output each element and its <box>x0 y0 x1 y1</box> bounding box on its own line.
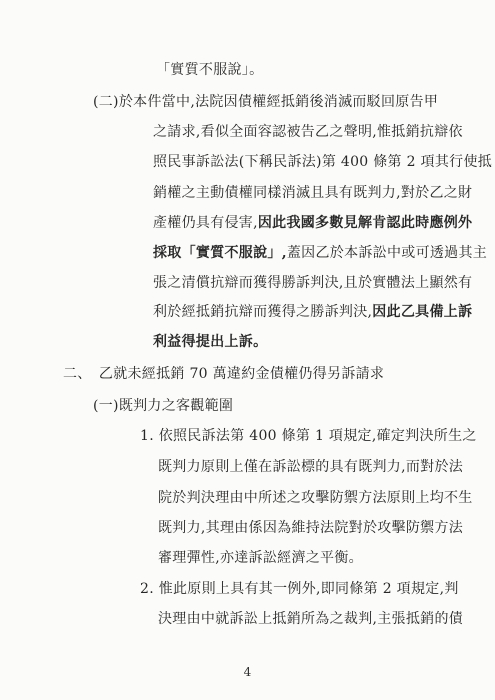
document-line: 二、 乙就未經抵銷 70 萬違約金債權仍得另訴請求 <box>63 359 384 389</box>
document-page: 「實質不服說」。(二)於本件當中,法院因債權經抵銷後消滅而駁回原告甲之請求,看似… <box>0 0 495 700</box>
document-line: 既判力,其理由係因為維持法院對於攻擊防禦方法 <box>158 513 463 543</box>
document-line: 銷權之主動債權同樣消滅且具有既判力,對於乙之財 <box>153 178 472 208</box>
bold-text-run: 因此乙具備上訴 <box>372 304 472 320</box>
document-line: (一)既判力之客觀範圍 <box>93 391 233 421</box>
text-run: 之請求,看似全面容認被告乙之聲明,惟抵銷抗辯依 <box>153 124 463 140</box>
text-run: 二、 乙就未經抵銷 70 萬違約金債權仍得另訴請求 <box>63 366 384 382</box>
document-line: 利益得提出上訴。 <box>153 327 267 357</box>
document-line: 之請求,看似全面容認被告乙之聲明,惟抵銷抗辯依 <box>153 117 463 147</box>
text-run: 院於判決理由中所述之攻擊防禦方法原則上均不生 <box>158 490 473 506</box>
text-run: 張之清償抗辯而獲得勝訴判決,且於實體法上顯然有 <box>153 275 472 291</box>
document-line: 「實質不服說」。 <box>156 55 263 85</box>
bold-text-run: 採取「實質不服說」, <box>153 245 287 261</box>
text-run: 照民事訴訟法(下稱民訴法)第 400 條第 2 項其行使抵 <box>153 154 492 170</box>
text-run: 利於經抵銷抗辯而獲得之勝訴判決, <box>153 304 372 320</box>
document-line: 利於經抵銷抗辯而獲得之勝訴判決,因此乙具備上訴 <box>153 297 472 327</box>
text-run: 審理彈性,亦達訴訟經濟之平衡。 <box>158 550 363 566</box>
document-line: 2. 惟此原則上具有其一例外,即同條第 2 項規定,判 <box>140 574 459 604</box>
text-run: (二)於本件當中,法院因債權經抵銷後消滅而駁回原告甲 <box>93 94 438 110</box>
document-line: 決理由中就訴訟上抵銷所為之裁判,主張抵銷的債 <box>158 604 463 634</box>
text-run: 產權仍具有侵害, <box>153 215 258 231</box>
document-text: 「實質不服說」。(二)於本件當中,法院因債權經抵銷後消滅而駁回原告甲之請求,看似… <box>0 0 495 700</box>
document-line: 照民事訴訟法(下稱民訴法)第 400 條第 2 項其行使抵 <box>153 147 492 177</box>
document-line: 既判力原則上僅在訴訟標的具有既判力,而對於法 <box>158 452 463 482</box>
document-line: 張之清償抗辯而獲得勝訴判決,且於實體法上顯然有 <box>153 268 472 298</box>
document-line: 採取「實質不服說」,蓋因乙於本訴訟中或可透過其主 <box>153 238 487 268</box>
text-run: 決理由中就訴訟上抵銷所為之裁判,主張抵銷的債 <box>158 611 463 627</box>
text-run: 既判力,其理由係因為維持法院對於攻擊防禦方法 <box>158 520 463 536</box>
text-run: 「實質不服說」。 <box>156 62 263 78</box>
document-line: (二)於本件當中,法院因債權經抵銷後消滅而駁回原告甲 <box>93 87 438 117</box>
page-number: 4 <box>0 663 495 681</box>
text-run: 1. 依照民訴法第 400 條第 1 項規定,確定判決所生之 <box>140 428 477 444</box>
text-run: 蓋因乙於本訴訟中或可透過其主 <box>287 245 487 261</box>
text-run: 2. 惟此原則上具有其一例外,即同條第 2 項規定,判 <box>140 581 459 597</box>
bold-text-run: 利益得提出上訴。 <box>153 334 267 350</box>
document-line: 1. 依照民訴法第 400 條第 1 項規定,確定判決所生之 <box>140 421 477 451</box>
text-run: 既判力原則上僅在訴訟標的具有既判力,而對於法 <box>158 459 463 475</box>
document-line: 審理彈性,亦達訴訟經濟之平衡。 <box>158 543 363 573</box>
bold-text-run: 因此我國多數見解肯認此時應例外 <box>258 215 473 231</box>
text-run: (一)既判力之客觀範圍 <box>93 398 233 414</box>
document-line: 產權仍具有侵害,因此我國多數見解肯認此時應例外 <box>153 208 472 238</box>
text-run: 銷權之主動債權同樣消滅且具有既判力,對於乙之財 <box>153 185 472 201</box>
document-line: 院於判決理由中所述之攻擊防禦方法原則上均不生 <box>158 483 473 513</box>
